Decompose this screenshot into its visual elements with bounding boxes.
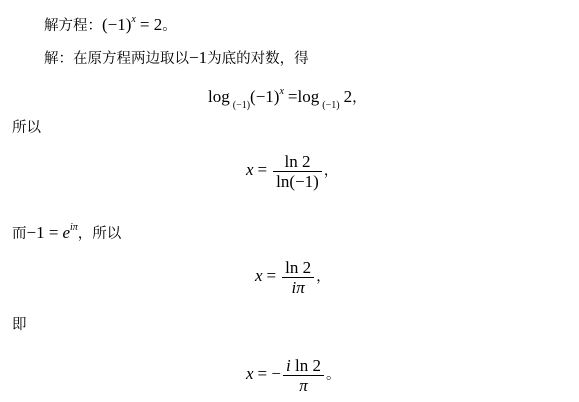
- eq4-lhs: x: [246, 364, 254, 383]
- euler-base: e: [62, 223, 70, 242]
- eq4-equals-minus: = −: [258, 364, 281, 383]
- problem-label: 解方程：: [44, 18, 102, 34]
- problem-end: 。: [162, 18, 177, 34]
- problem-base: (−1): [102, 15, 131, 34]
- solution-text-2: 为底的对数，得: [207, 51, 309, 67]
- log-rhs-base: (−1): [322, 100, 339, 111]
- euler-lhs: −1 =: [27, 223, 59, 242]
- eq3-denominator: iπ: [282, 277, 314, 297]
- problem-exponent: x: [131, 14, 135, 25]
- log-lhs-exponent: x: [279, 86, 283, 97]
- eq3-fraction: ln 2 iπ: [282, 258, 314, 297]
- eq4-end: 。: [326, 367, 341, 383]
- solution-text-1: 解：在原方程两边取以: [44, 51, 189, 67]
- eq2-denominator: ln(−1): [273, 171, 322, 191]
- log-equation: log(−1)(−1)x =log(−1) 2，: [208, 82, 367, 116]
- eq2-end: ，: [324, 163, 339, 179]
- log-lhs-arg: (−1): [250, 87, 279, 106]
- eq2-equals: =: [258, 160, 268, 179]
- problem-rhs: = 2: [140, 15, 162, 34]
- log-lhs: log: [208, 87, 230, 106]
- eq4-numerator-ln2: ln 2: [291, 356, 321, 375]
- euler-exponent: iπ: [70, 222, 78, 233]
- log-equals: =: [288, 87, 298, 106]
- problem-statement: 解方程：(−1)x = 2。: [44, 10, 177, 36]
- eq3-end: ，: [316, 269, 331, 285]
- euler-prefix: 而: [12, 226, 27, 242]
- eq2-fraction: ln 2 ln(−1): [273, 152, 322, 191]
- log-end: ，: [352, 90, 367, 106]
- eq2-lhs: x: [246, 160, 254, 179]
- therefore-1: 所以: [12, 118, 41, 138]
- solution-neg-one: −1: [189, 48, 207, 67]
- eq2-numerator: ln 2: [273, 152, 322, 171]
- eq3-equals: =: [267, 266, 277, 285]
- eq3-numerator: ln 2: [282, 258, 314, 277]
- therefore-2: 即: [12, 315, 27, 335]
- log-rhs-arg: 2: [344, 87, 353, 106]
- solution-intro: 解：在原方程两边取以−1为底的对数，得: [44, 48, 309, 69]
- eq4-fraction: i ln 2 π: [283, 356, 324, 395]
- log-lhs-base: (−1): [233, 100, 250, 111]
- fraction-equation-2: x = ln 2 iπ ，: [255, 258, 331, 297]
- euler-line: 而−1 = eiπ，所以: [12, 218, 121, 244]
- euler-suffix: ，所以: [78, 226, 122, 242]
- eq4-denominator: π: [283, 375, 324, 395]
- eq4-numerator: i ln 2: [283, 356, 324, 375]
- fraction-equation-3: x = − i ln 2 π 。: [246, 356, 340, 395]
- log-rhs: log: [298, 87, 320, 106]
- fraction-equation-1: x = ln 2 ln(−1) ，: [246, 152, 338, 191]
- eq3-lhs: x: [255, 266, 263, 285]
